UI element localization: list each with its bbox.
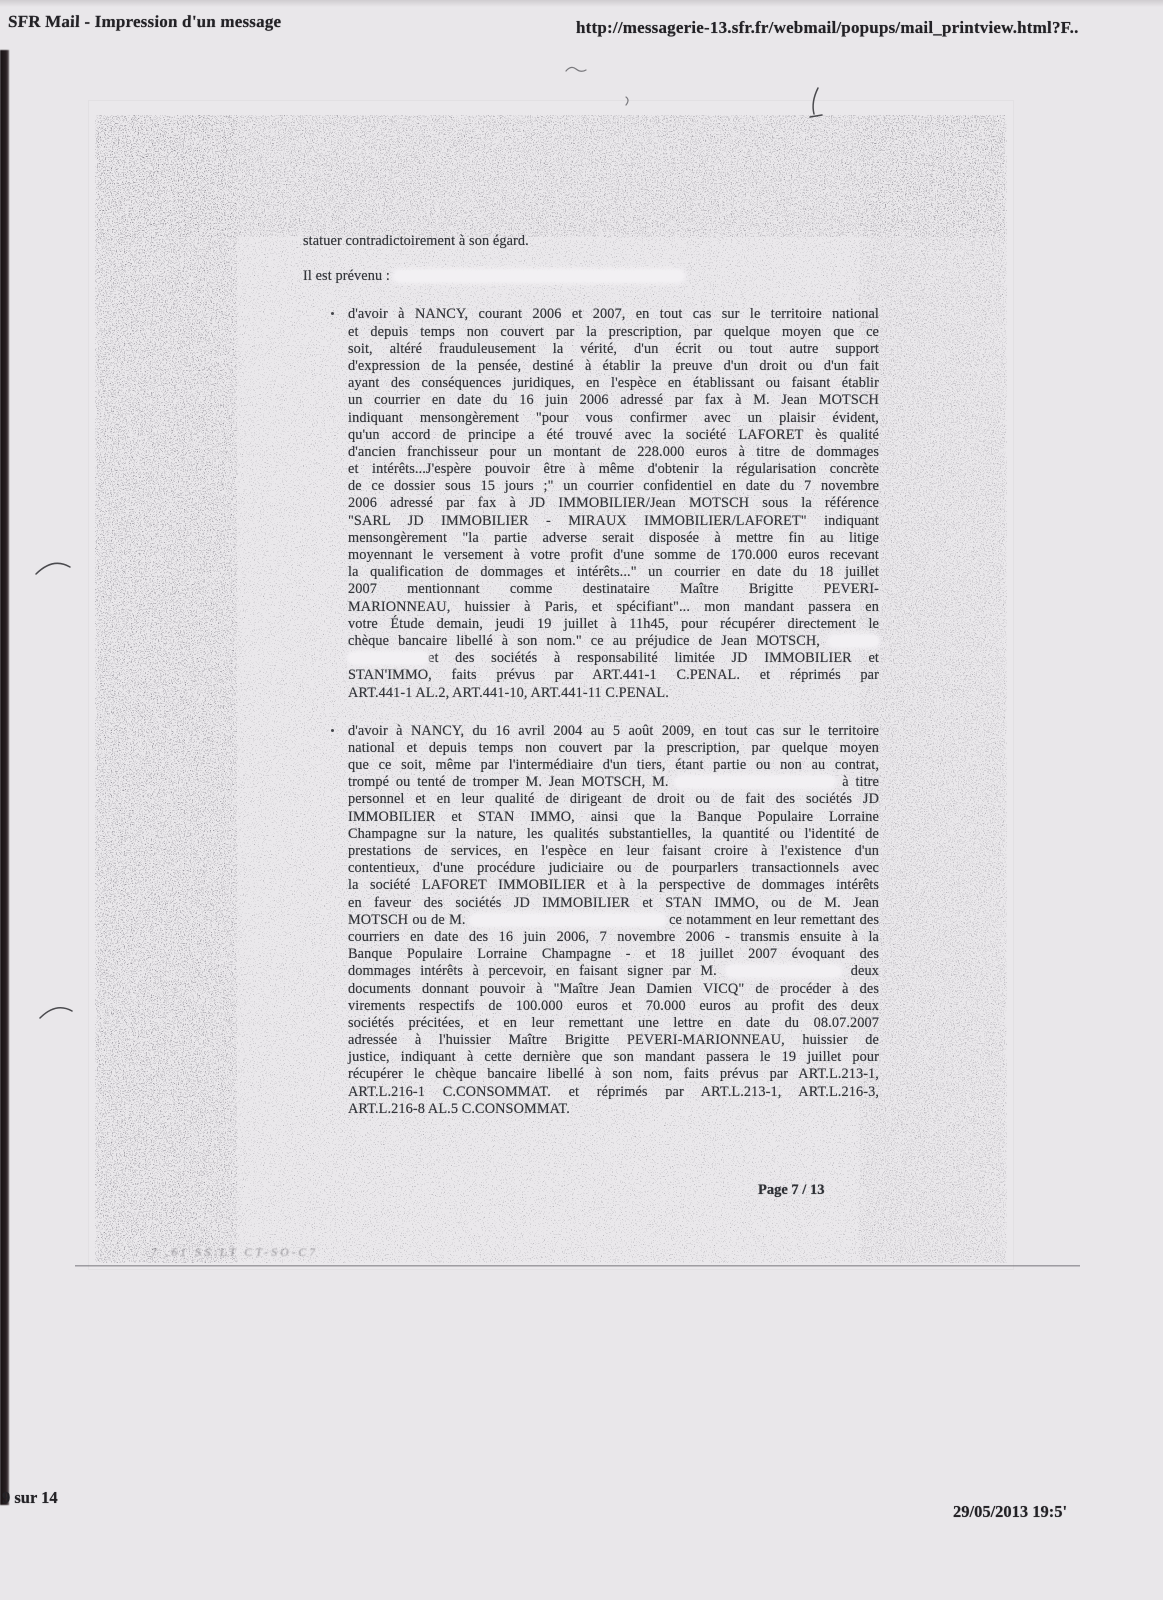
- text-line: ART.L.216-1 C.CONSOMMAT. et réprimés par…: [348, 1084, 879, 1101]
- text-line: ART.L.216-8 AL.5 C.CONSOMMAT.: [348, 1101, 879, 1118]
- scanned-page: statuer contradictoirement à son égard. …: [88, 100, 1014, 1270]
- text-line: national et depuis temps non couvert par…: [348, 740, 879, 757]
- text-line: la société LAFORET IMMOBILIER et à la pe…: [348, 877, 879, 894]
- text-line: d'avoir à NANCY, du 16 avril 2004 au 5 a…: [348, 723, 879, 740]
- print-preview-screenshot: { "browser": { "title": "SFR Mail - Impr…: [0, 0, 1163, 1600]
- text-line: trompé ou tenté de tromper M. Jean MOTSC…: [348, 774, 879, 791]
- text-line: et des sociétés à responsabilité limitée…: [348, 650, 879, 667]
- text-line: moyennant le versement à votre profit d'…: [348, 547, 879, 564]
- charge-paragraph-2: d'avoir à NANCY, du 16 avril 2004 au 5 a…: [348, 723, 879, 1118]
- text-line: Banque Populaire Lorraine Champagne - et…: [348, 946, 879, 963]
- document-text: statuer contradictoirement à son égard. …: [303, 233, 880, 1136]
- text-line: d'expression de la pensée, destiné à éta…: [348, 358, 879, 375]
- redacted-text: [470, 914, 665, 926]
- text-line: documents donnant pouvoir à "Maître Jean…: [348, 981, 879, 998]
- text-line: Il est prévenu :: [303, 268, 880, 285]
- text-line: que ce soit, même par l'intermédiaire d'…: [348, 757, 879, 774]
- text-line: justice, indiquant à cette dernière que …: [348, 1049, 879, 1066]
- redacted-text: [829, 635, 879, 647]
- page-bottom-rule: [75, 1265, 1080, 1267]
- scanner-top-edge: [0, 0, 1163, 7]
- text-line: la qualification de dommages et intérêts…: [348, 564, 879, 581]
- text-line: en faveur des sociétés JD IMMOBILIER et …: [348, 895, 879, 912]
- text-line: et depuis temps non couvert par la presc…: [348, 324, 879, 341]
- redacted-text: [675, 776, 835, 788]
- text-line: mensongèrement "la partie adverse serait…: [348, 530, 879, 547]
- text-line: "SARL JD IMMOBILIER - MIRAUX IMMOBILIER/…: [348, 513, 879, 530]
- text-line: personnel et en leur qualité de dirigean…: [348, 791, 879, 808]
- charge-paragraph-1: d'avoir à NANCY, courant 2006 et 2007, e…: [348, 306, 879, 701]
- text-line: soit, altéré frauduleusement la vérité, …: [348, 341, 879, 358]
- text-line: virements respectifs de 100.000 euros et…: [348, 998, 879, 1015]
- fax-scan-artifact: 7 .61 SS:LT CT-SO-C7: [150, 1247, 319, 1259]
- stray-squiggle-mark: [566, 67, 586, 71]
- redacted-text: [394, 270, 684, 282]
- text-line: d'ancien franchisseur pour un montant de…: [348, 444, 879, 461]
- page-url: http://messagerie-13.sfr.fr/webmail/popu…: [576, 18, 1079, 38]
- text-line: récupérer le chèque bancaire libellé à s…: [348, 1066, 879, 1083]
- redacted-text: [348, 652, 428, 664]
- pen-arc-mark: [36, 563, 70, 574]
- text-line: un courrier en date du 16 juin 2006 adre…: [348, 392, 879, 409]
- scan-edge-strip: [0, 50, 9, 1505]
- text-line: adressée à l'huissier Maître Brigitte PE…: [348, 1032, 879, 1049]
- text-line: indiquant mensongèrement "pour vous conf…: [348, 410, 879, 427]
- redacted-text: [726, 965, 841, 977]
- text-line: votre Étude demain, jeudi 19 juillet à 1…: [348, 616, 879, 633]
- text-line: courriers en date des 16 juin 2006, 7 no…: [348, 929, 879, 946]
- footer-datetime: 29/05/2013 19:5': [953, 1502, 1067, 1522]
- bullet-marker: [331, 312, 334, 315]
- text-line: STAN'IMMO, faits prévus par ART.441-1 C.…: [348, 667, 879, 684]
- text-line: IMMOBILIER et STAN IMMO, ainsi que la Ba…: [348, 809, 879, 826]
- text-line: dommages intérêts à percevoir, en faisan…: [348, 963, 879, 980]
- text-line: 2006 adressé par fax à JD IMMOBILIER/Jea…: [348, 495, 879, 512]
- footer-page-count: 9 sur 14: [2, 1488, 58, 1508]
- text-line: prestations de services, en l'espèce en …: [348, 843, 879, 860]
- text-line: ayant des conséquences juridiques, en l'…: [348, 375, 879, 392]
- text-line: chèque bancaire libellé à son nom." ce a…: [348, 633, 879, 650]
- pen-arc-mark: [40, 1008, 72, 1018]
- page-number: Page 7 / 13: [758, 1182, 824, 1199]
- text-line: 2007 mentionnant comme destinataire Maît…: [348, 581, 879, 598]
- intro-paragraph-2: Il est prévenu :: [303, 268, 880, 285]
- bullet-marker: [331, 729, 334, 732]
- text-line: contentieux, d'une procédure judiciaire …: [348, 860, 879, 877]
- text-line: MARIONNEAU, huissier à Paris, et spécifi…: [348, 599, 879, 616]
- text-line: d'avoir à NANCY, courant 2006 et 2007, e…: [348, 306, 879, 323]
- text-line: MOTSCH ou de M. ce notamment en leur rem…: [348, 912, 879, 929]
- text-line: statuer contradictoirement à son égard.: [303, 233, 880, 250]
- intro-paragraph-1: statuer contradictoirement à son égard.: [303, 233, 880, 250]
- text-line: Champagne sur la nature, les qualités su…: [348, 826, 879, 843]
- text-line: ART.441-1 AL.2, ART.441-10, ART.441-11 C…: [348, 685, 879, 702]
- text-line: sociétés précitées, et en leur remettant…: [348, 1015, 879, 1032]
- text-line: qu'un accord de principe a été trouvé av…: [348, 427, 879, 444]
- text-line: et intérêts...J'espère pouvoir être à mê…: [348, 461, 879, 478]
- text-line: de ce dossier sous 15 jours ;" un courri…: [348, 478, 879, 495]
- window-title: SFR Mail - Impression d'un message: [8, 12, 282, 32]
